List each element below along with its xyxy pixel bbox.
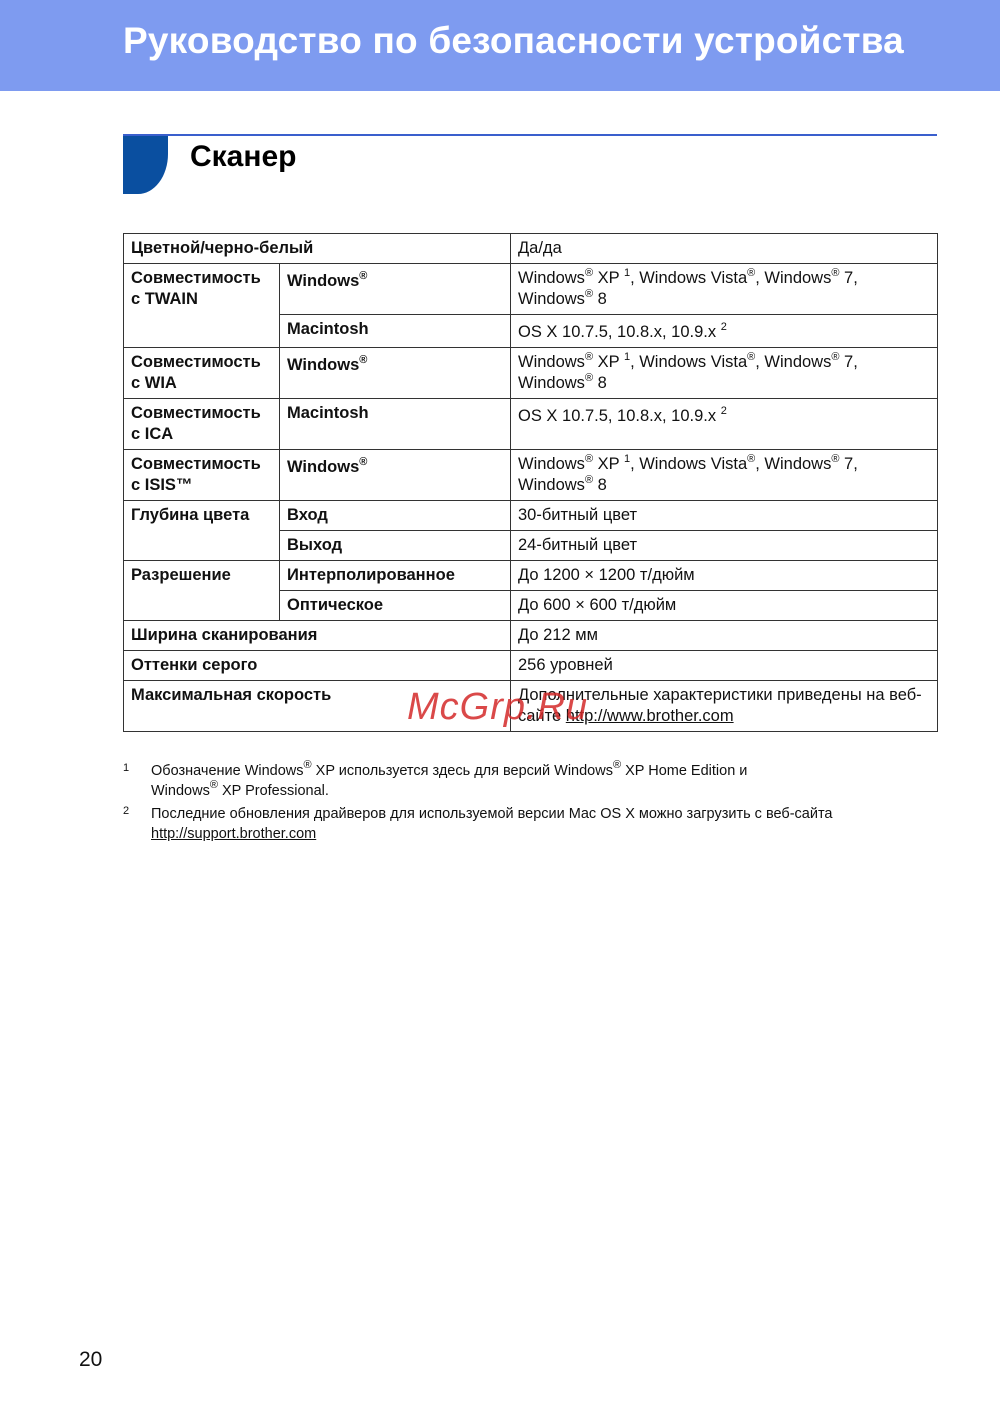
footnote-number: 1 xyxy=(123,759,129,779)
footnote-2: 2 Последние обновления драйверов для исп… xyxy=(123,805,923,844)
spec-label: Цветной/черно-белый xyxy=(124,234,511,264)
section-marker xyxy=(123,136,168,194)
spec-sublabel: Windows® xyxy=(280,450,511,501)
spec-sublabel: Вход xyxy=(280,501,511,531)
spec-value: До 212 мм xyxy=(511,621,938,651)
table-row: Совместимостьс TWAIN Windows® Windows® X… xyxy=(124,264,938,315)
spec-label: Совместимостьс ICA xyxy=(124,399,280,450)
spec-value: Windows® XP 1, Windows Vista®, Windows® … xyxy=(511,264,938,315)
spec-label: Разрешение xyxy=(124,561,280,621)
table-row: Ширина сканирования До 212 мм xyxy=(124,621,938,651)
spec-value: OS X 10.7.5, 10.8.x, 10.9.x 2 xyxy=(511,315,938,348)
page-number: 20 xyxy=(79,1348,102,1372)
spec-label: Глубина цвета xyxy=(124,501,280,561)
spec-value: 30-битный цвет xyxy=(511,501,938,531)
table-row: Совместимостьс ICA Macintosh OS X 10.7.5… xyxy=(124,399,938,450)
spec-value: Windows® XP 1, Windows Vista®, Windows® … xyxy=(511,348,938,399)
spec-label: Оттенки серого xyxy=(124,651,511,681)
table-row: Совместимостьс ISIS™ Windows® Windows® X… xyxy=(124,450,938,501)
spec-label: Максимальная скорость xyxy=(124,681,511,732)
spec-label: Совместимостьс TWAIN xyxy=(124,264,280,348)
footnote-1: 1 Обозначение Windows® XP используется з… xyxy=(123,762,923,801)
spec-sublabel: Windows® xyxy=(280,264,511,315)
spec-value: До 600 × 600 т/дюйм xyxy=(511,591,938,621)
spec-value: Windows® XP 1, Windows Vista®, Windows® … xyxy=(511,450,938,501)
spec-value: 256 уровней xyxy=(511,651,938,681)
table-row: Совместимостьс WIA Windows® Windows® XP … xyxy=(124,348,938,399)
table-row: Цветной/черно-белый Да/да xyxy=(124,234,938,264)
spec-sublabel: Macintosh xyxy=(280,399,511,450)
footnotes: 1 Обозначение Windows® XP используется з… xyxy=(123,762,923,848)
spec-value: Да/да xyxy=(511,234,938,264)
scanner-spec-table: Цветной/черно-белый Да/да Совместимостьс… xyxy=(123,233,938,732)
table-row: Оттенки серого 256 уровней xyxy=(124,651,938,681)
spec-sublabel: Интерполированное xyxy=(280,561,511,591)
spec-label: Совместимостьс WIA xyxy=(124,348,280,399)
section-title: Сканер xyxy=(190,140,297,174)
section-rule xyxy=(123,134,937,136)
table-row: Глубина цвета Вход 30-битный цвет xyxy=(124,501,938,531)
table-row: Максимальная скорость Дополнительные хар… xyxy=(124,681,938,732)
document-title: Руководство по безопасности устройства xyxy=(123,20,904,62)
spec-label: Ширина сканирования xyxy=(124,621,511,651)
spec-value: Дополнительные характеристики приведены … xyxy=(511,681,938,732)
spec-label: Совместимостьс ISIS™ xyxy=(124,450,280,501)
spec-sublabel: Windows® xyxy=(280,348,511,399)
support-website-link[interactable]: http://support.brother.com xyxy=(151,826,316,842)
spec-value: OS X 10.7.5, 10.8.x, 10.9.x 2 xyxy=(511,399,938,450)
footnote-number: 2 xyxy=(123,802,129,822)
header-banner: Руководство по безопасности устройства xyxy=(0,0,1000,91)
table-row: Разрешение Интерполированное До 1200 × 1… xyxy=(124,561,938,591)
spec-value: До 1200 × 1200 т/дюйм xyxy=(511,561,938,591)
spec-sublabel: Выход xyxy=(280,531,511,561)
spec-sublabel: Macintosh xyxy=(280,315,511,348)
spec-sublabel: Оптическое xyxy=(280,591,511,621)
brother-website-link[interactable]: http://www.brother.com xyxy=(566,707,734,725)
spec-value: 24-битный цвет xyxy=(511,531,938,561)
